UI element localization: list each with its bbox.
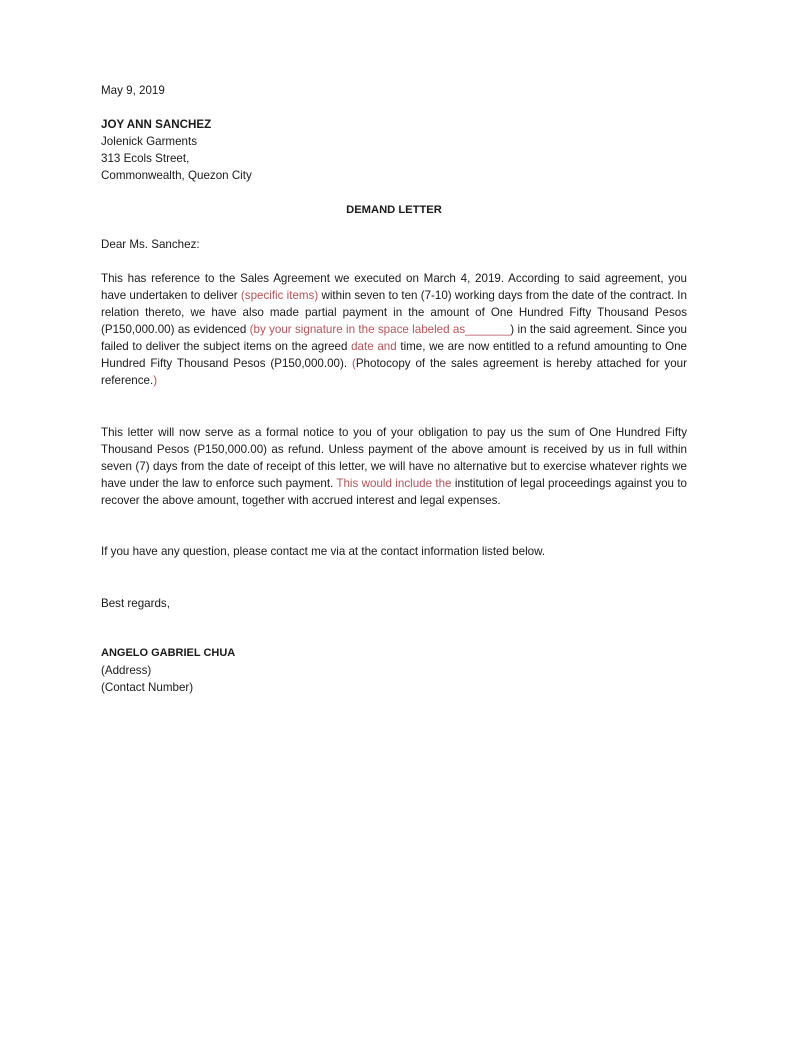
letter-page: May 9, 2019 JOY ANN SANCHEZ Jolenick Gar… xyxy=(0,0,788,1044)
sender-address: (Address) xyxy=(101,662,687,679)
sender-contact: (Contact Number) xyxy=(101,679,687,696)
recipient-city: Commonwealth, Quezon City xyxy=(101,167,687,184)
closing: Best regards, xyxy=(101,595,687,612)
salutation: Dear Ms. Sanchez: xyxy=(101,236,687,253)
letter-date: May 9, 2019 xyxy=(101,82,687,99)
sender-name: ANGELO GABRIEL CHUA xyxy=(101,645,687,662)
recipient-name: JOY ANN SANCHEZ xyxy=(101,116,687,133)
placeholder-text: ) xyxy=(153,374,157,387)
recipient-block: JOY ANN SANCHEZ Jolenick Garments 313 Ec… xyxy=(101,116,687,184)
letter-title: DEMAND LETTER xyxy=(0,202,788,219)
recipient-company: Jolenick Garments xyxy=(101,133,687,150)
placeholder-text: (specific items) xyxy=(241,289,318,302)
recipient-street: 313 Ecols Street, xyxy=(101,150,687,167)
placeholder-text: date and xyxy=(351,340,397,353)
placeholder-text: (by your signature in the space labeled … xyxy=(250,323,511,336)
placeholder-text: This would include the xyxy=(336,477,451,490)
body-paragraph-1: This has reference to the Sales Agreemen… xyxy=(101,270,687,389)
signature-block: ANGELO GABRIEL CHUA (Address) (Contact N… xyxy=(101,645,687,696)
body-paragraph-3: If you have any question, please contact… xyxy=(101,543,687,560)
body-paragraph-2: This letter will now serve as a formal n… xyxy=(101,424,687,509)
